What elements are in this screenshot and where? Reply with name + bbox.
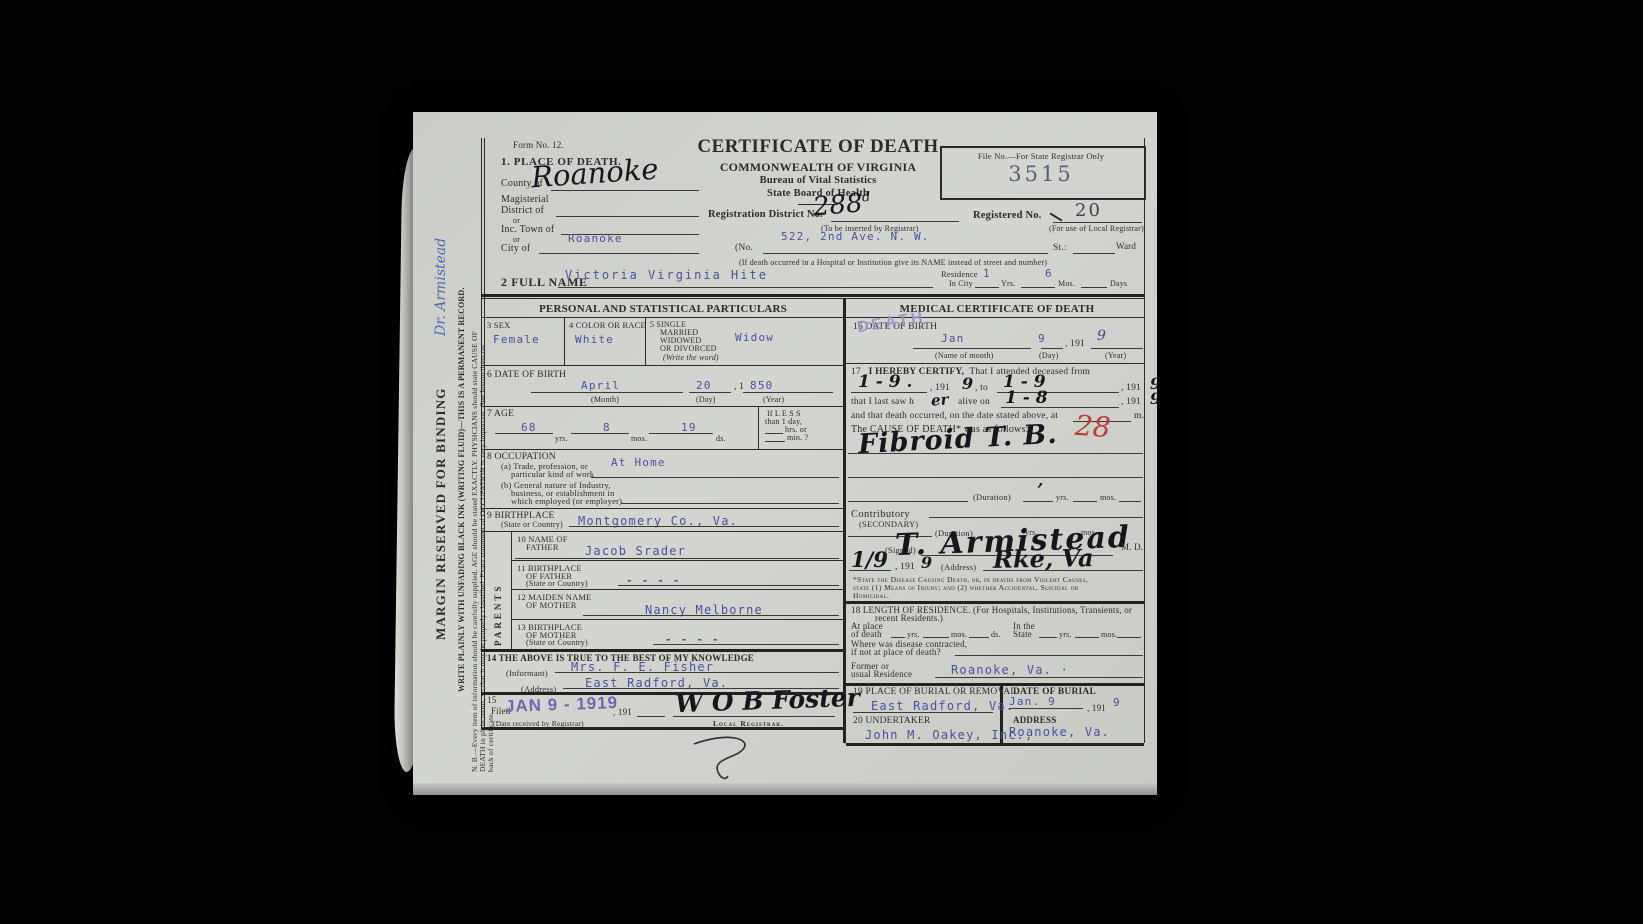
occupation-typed-value: At Home bbox=[611, 456, 666, 469]
at-place-label-2: of death bbox=[851, 629, 882, 639]
scan-background: MARGIN RESERVED FOR BINDING Dr. Armistea… bbox=[0, 0, 1643, 924]
registered-no-value: 20 bbox=[1075, 200, 1102, 221]
rule bbox=[511, 619, 843, 620]
rule bbox=[481, 298, 1144, 299]
blank-line bbox=[689, 392, 731, 393]
blank-line bbox=[1073, 501, 1097, 502]
duration-note: (Duration) bbox=[973, 492, 1011, 502]
blank-line bbox=[853, 712, 993, 713]
form-number: Form No. 12. bbox=[513, 140, 564, 150]
sex-typed-value: Female bbox=[493, 333, 540, 346]
blank-line bbox=[763, 253, 1048, 254]
rule bbox=[843, 298, 846, 743]
pen-tick-handwritten: ’ bbox=[1037, 480, 1043, 501]
blank-line bbox=[849, 570, 891, 571]
last-saw-date-handwritten: 1 - 8 bbox=[1005, 388, 1048, 408]
marital-note: (Write the word) bbox=[663, 353, 719, 362]
blank-line bbox=[851, 392, 927, 393]
registration-district-label: Registration District No. bbox=[708, 209, 823, 220]
father-name-label-2: FATHER bbox=[526, 542, 559, 552]
rule bbox=[481, 449, 843, 450]
saw-year-handwritten: 9 bbox=[1150, 389, 1157, 408]
marital-label-4: OR DIVORCED bbox=[660, 344, 717, 353]
mos-note: mos. bbox=[631, 434, 647, 443]
blank-line bbox=[765, 433, 783, 434]
rule bbox=[846, 601, 1144, 604]
address-note: (Address) bbox=[941, 562, 976, 572]
rule bbox=[564, 317, 565, 365]
death-day-typed: 9 bbox=[1038, 332, 1046, 345]
blank-line bbox=[591, 477, 839, 478]
disease-contracted-label-2: if not at place of death? bbox=[851, 647, 941, 657]
former-residence-label-2: usual Residence bbox=[851, 669, 912, 679]
dob-month-typed: April bbox=[581, 379, 620, 392]
residence-yrs-value: 1 bbox=[983, 267, 991, 280]
blank-line bbox=[495, 433, 553, 434]
district-of-label: District of bbox=[501, 205, 544, 216]
city-typed-value: Roanoke bbox=[568, 232, 623, 245]
blank-line bbox=[555, 672, 839, 673]
blank-line bbox=[891, 637, 905, 638]
red-pencil-number: 28 bbox=[1074, 409, 1112, 444]
registered-no-label: Registered No. bbox=[973, 210, 1042, 221]
rule bbox=[511, 531, 512, 649]
signed-year-prefix: , 191 bbox=[895, 562, 915, 572]
blank-line bbox=[913, 348, 1031, 349]
sex-label: 3 SEX bbox=[487, 320, 510, 330]
blank-line bbox=[539, 253, 699, 254]
rule bbox=[481, 294, 1144, 297]
place-of-burial-label: 19 PLACE OF BURIAL OR REMOVAL bbox=[853, 687, 1016, 697]
local-registrar-signature: W O B Foster bbox=[675, 683, 861, 718]
dob-year-prefix: , 1 bbox=[734, 382, 744, 392]
blank-line bbox=[556, 216, 699, 217]
bureau-subtitle: Bureau of Vital Statistics bbox=[663, 175, 973, 186]
margin-binding-text: MARGIN RESERVED FOR BINDING bbox=[433, 312, 449, 640]
length-of-residence-label-2: recent Residents.) bbox=[875, 613, 943, 623]
ds-note: ds. bbox=[991, 630, 1001, 639]
yrs-note: yrs. bbox=[1059, 630, 1072, 639]
city-label: City of bbox=[501, 243, 530, 254]
registration-district-value: 288d bbox=[812, 188, 872, 223]
rule bbox=[481, 727, 846, 730]
ward-label: Ward bbox=[1116, 241, 1136, 251]
certificate-title: CERTIFICATE OF DEATH bbox=[663, 136, 973, 158]
blank-line bbox=[969, 637, 989, 638]
full-name-typed-value: Victoria Virginia Hite bbox=[565, 268, 768, 282]
her-scribble-handwritten: er bbox=[930, 390, 949, 409]
date-of-burial-typed: Jan. 9 bbox=[1009, 695, 1056, 708]
blank-line bbox=[1091, 348, 1143, 349]
blank-line bbox=[848, 501, 968, 502]
alive-on-label: alive on bbox=[958, 397, 990, 407]
dob-label: 6 DATE OF BIRTH bbox=[487, 370, 566, 380]
in-city-label: In City bbox=[949, 279, 973, 288]
mos-note: mos. bbox=[1100, 493, 1116, 502]
mother-birthplace-note: (State or Country) bbox=[526, 638, 588, 647]
blank-line bbox=[955, 655, 1143, 656]
blank-line bbox=[848, 477, 1143, 478]
informant-note: (Informant) bbox=[506, 668, 548, 678]
occupation-a-label-2: particular kind of work bbox=[511, 469, 594, 479]
blank-line bbox=[583, 615, 839, 616]
blank-line bbox=[831, 221, 959, 222]
rule bbox=[481, 531, 843, 532]
rule bbox=[481, 406, 843, 407]
undertaker-label: 20 UNDERTAKER bbox=[853, 716, 931, 726]
hospital-note: (If death occurred in a Hospital or Inst… bbox=[643, 258, 1143, 267]
blank-line bbox=[1117, 637, 1141, 638]
blank-line bbox=[765, 441, 785, 442]
rule bbox=[481, 317, 843, 318]
cause-footnote-3: Homicidal. bbox=[853, 591, 889, 600]
margin-write-plainly: WRITE PLAINLY WITH UNFADING BLACK INK (W… bbox=[457, 212, 466, 692]
residence-mos-value: 6 bbox=[1045, 267, 1053, 280]
residence-label: Residence bbox=[941, 269, 978, 279]
blank-line bbox=[1053, 222, 1142, 223]
mother-name-label-2: OF MOTHER bbox=[526, 600, 577, 610]
burial-year-prefix: , 191 bbox=[1087, 703, 1106, 713]
filed-item-number: 15 bbox=[487, 695, 496, 705]
rule bbox=[1144, 138, 1145, 743]
if-less-label-4: min. ? bbox=[787, 433, 808, 442]
year-note: (Year) bbox=[763, 395, 784, 404]
day-note: (Day) bbox=[1039, 351, 1059, 360]
registered-no-note: (For use of Local Registrar) bbox=[1049, 224, 1144, 233]
blank-line bbox=[983, 570, 1143, 571]
street-no-label: (No. bbox=[735, 243, 753, 253]
occupation-b-label-3: which employed (or employer) bbox=[511, 496, 622, 506]
month-note: (Month) bbox=[591, 395, 619, 404]
signed-date-handwritten: 1/9 bbox=[851, 547, 888, 572]
death-year-value: 9 bbox=[1097, 328, 1106, 344]
blank-line bbox=[929, 517, 1143, 518]
blank-line bbox=[975, 287, 999, 288]
stray-pen-mark bbox=[688, 732, 758, 784]
blank-line bbox=[515, 558, 839, 559]
blank-line bbox=[618, 585, 839, 586]
age-label: 7 AGE bbox=[487, 409, 514, 419]
filed-year-prefix: , 191 bbox=[613, 707, 632, 717]
certificate-paper: MARGIN RESERVED FOR BINDING Dr. Armistea… bbox=[413, 112, 1157, 795]
rule bbox=[481, 508, 843, 509]
state-label: State bbox=[1013, 629, 1032, 639]
md-label: M. D. bbox=[1121, 542, 1143, 552]
rule bbox=[758, 406, 759, 449]
blank-line bbox=[531, 392, 683, 393]
year-note: (Year) bbox=[1105, 351, 1126, 360]
color-race-label: 4 COLOR OR RACE bbox=[569, 320, 646, 330]
rule bbox=[481, 365, 843, 366]
to-label: , to bbox=[975, 383, 988, 393]
death-year-prefix: , 191 bbox=[1065, 339, 1085, 349]
to-year-prefix: , 191 bbox=[1121, 383, 1141, 393]
blank-line bbox=[653, 644, 839, 645]
mos-note: mos. bbox=[951, 630, 967, 639]
rule bbox=[511, 589, 843, 590]
father-birthplace-note: (State or Country) bbox=[526, 579, 588, 588]
blank-line bbox=[637, 716, 665, 717]
last-saw-label: that I last saw h bbox=[851, 397, 914, 407]
birthplace-note: (State or Country) bbox=[501, 520, 563, 529]
file-number-box: File No.—For State Registrar Only 3515 bbox=[940, 146, 1146, 200]
color-race-typed-value: White bbox=[575, 333, 614, 346]
rule bbox=[511, 560, 843, 561]
undertaker-address-typed: Roanoke, Va. bbox=[1009, 725, 1110, 739]
ds-note: ds. bbox=[716, 434, 726, 443]
dob-day-typed: 20 bbox=[696, 379, 712, 392]
parents-vertical-label: PARENTS bbox=[493, 560, 503, 646]
rule bbox=[481, 649, 843, 652]
rule bbox=[484, 138, 485, 727]
yrs-note: yrs. bbox=[1056, 493, 1069, 502]
margin-doctor-handwriting: Dr. Armistead bbox=[433, 220, 449, 336]
dob-year-typed: 850 bbox=[750, 379, 773, 392]
inc-town-label: Inc. Town of bbox=[501, 224, 554, 235]
blank-line bbox=[1119, 501, 1141, 502]
blank-line bbox=[1001, 407, 1119, 408]
rule bbox=[846, 743, 1144, 746]
yrs-label: Yrs. bbox=[1001, 279, 1015, 288]
place-of-burial-typed: East Radford, Va. bbox=[871, 699, 1014, 713]
blank-line bbox=[621, 503, 839, 504]
blank-line bbox=[1041, 348, 1063, 349]
father-typed-value: Jacob Srader bbox=[585, 544, 686, 558]
magisterial-label: Magisterial bbox=[501, 194, 549, 205]
m-label: m. bbox=[1134, 411, 1144, 421]
street-typed-value: 522, 2nd Ave. N. W. bbox=[781, 230, 930, 243]
filed-date-stamp: JAN 9 - 1919 bbox=[505, 693, 619, 717]
mos-note: mos. bbox=[1101, 630, 1117, 639]
day-note: (Day) bbox=[696, 395, 716, 404]
st-label: St.: bbox=[1053, 243, 1067, 253]
burial-year-typed: 9 bbox=[1113, 696, 1121, 709]
blank-line bbox=[1081, 287, 1107, 288]
blank-line bbox=[1073, 253, 1115, 254]
rule bbox=[481, 138, 482, 727]
undertaker-address-label: ADDRESS bbox=[1013, 715, 1056, 725]
signed-year-handwritten: 9 bbox=[921, 553, 932, 572]
blank-line bbox=[1075, 637, 1099, 638]
file-number-label: File No.—For State Registrar Only bbox=[942, 151, 1140, 161]
blank-line bbox=[923, 637, 949, 638]
blank-line bbox=[935, 677, 1143, 678]
mos-label: Mos. bbox=[1058, 279, 1075, 288]
from-year-handwritten: 9 bbox=[962, 374, 973, 393]
blank-line bbox=[558, 287, 933, 288]
yrs-note: yrs. bbox=[555, 434, 568, 443]
name-of-month-note: (Name of month) bbox=[935, 351, 994, 360]
blank-line bbox=[1009, 708, 1083, 709]
rule bbox=[846, 363, 1144, 364]
blank-line bbox=[1021, 287, 1055, 288]
blank-line bbox=[1023, 501, 1053, 502]
death-month-typed: Jan bbox=[941, 332, 964, 345]
days-label: Days bbox=[1110, 279, 1127, 288]
blank-line bbox=[569, 526, 839, 527]
saw-year-prefix: , 191 bbox=[1121, 397, 1141, 407]
blank-line bbox=[743, 392, 833, 393]
former-residence-typed: Roanoke, Va. · bbox=[951, 663, 1069, 677]
blank-line bbox=[571, 433, 629, 434]
file-number-value: 3515 bbox=[942, 162, 1140, 186]
rule bbox=[846, 683, 1144, 686]
marital-typed-value: Widow bbox=[735, 331, 774, 344]
pen-tick-mark bbox=[1050, 212, 1063, 221]
yrs-note: yrs. bbox=[907, 630, 920, 639]
blank-line bbox=[1039, 637, 1057, 638]
blank-line bbox=[649, 433, 713, 434]
personal-section-title: PERSONAL AND STATISTICAL PARTICULARS bbox=[487, 303, 839, 315]
commonwealth-subtitle: COMMONWEALTH OF VIRGINIA bbox=[663, 160, 973, 175]
attended-from-handwritten: 1 - 9 . bbox=[858, 372, 912, 392]
blank-line bbox=[848, 453, 1143, 454]
